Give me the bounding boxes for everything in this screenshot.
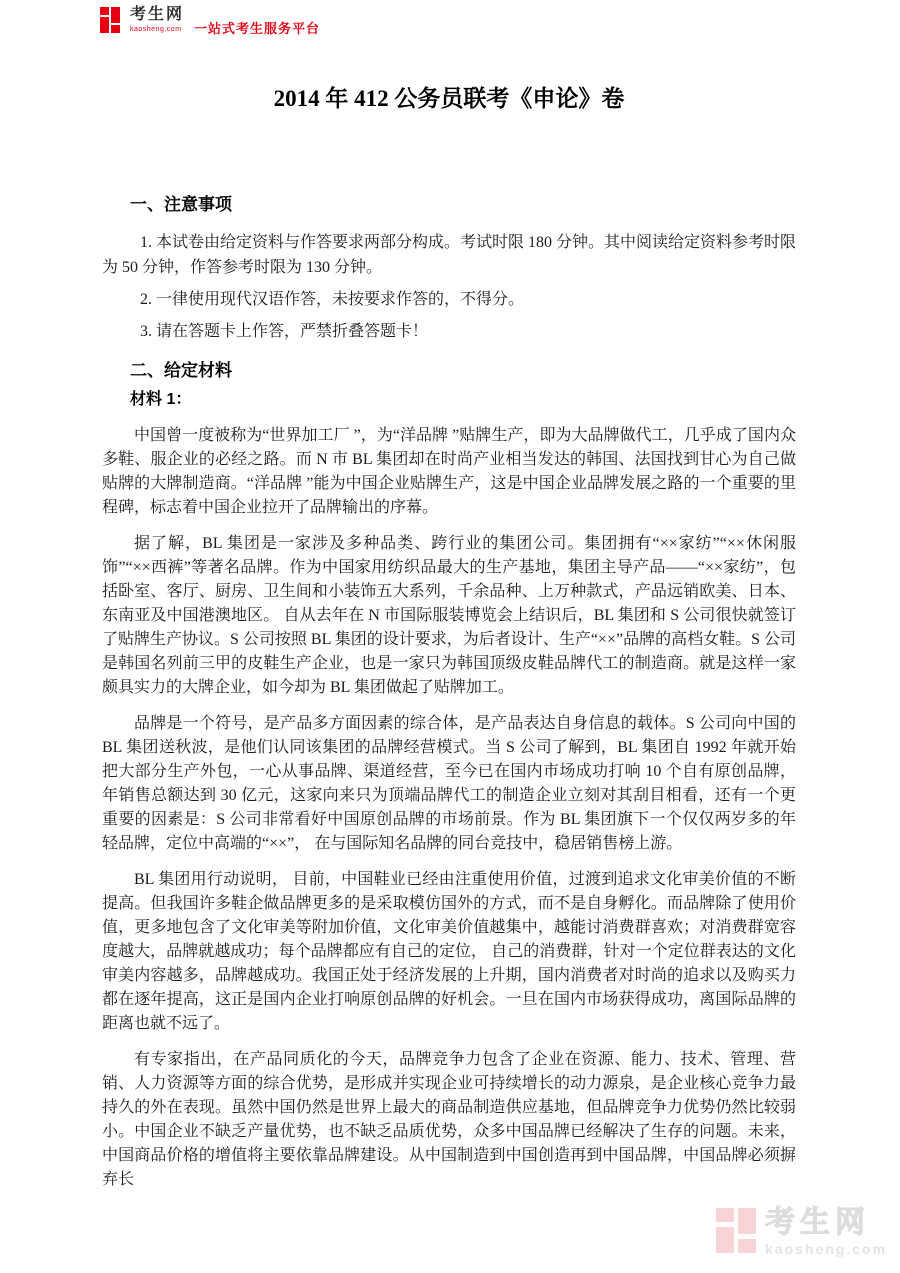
watermark-block bbox=[738, 1239, 756, 1253]
notice-item-1: 1. 本试卷由给定资料与作答要求两部分构成。考试时限 180 分钟。其中阅读给定… bbox=[102, 230, 796, 280]
watermark-block bbox=[716, 1208, 734, 1222]
notice-item-3: 3. 请在答题卡上作答，严禁折叠答题卡！ bbox=[102, 319, 796, 344]
material-1-label: 材料 1： bbox=[102, 388, 796, 412]
watermark-brand-name: 考生网 bbox=[765, 1208, 887, 1238]
notice-item-2: 2. 一律使用现代汉语作答，未按要求作答的，不得分。 bbox=[102, 287, 796, 312]
kaosheng-h-watermark-icon bbox=[716, 1208, 756, 1253]
material-paragraph-4: BL 集团用行动说明， 目前，中国鞋业已经由注重使用价值，过渡到追求文化审美价值… bbox=[102, 868, 796, 1036]
watermark-block bbox=[738, 1208, 756, 1234]
section-heading-notice: 一、注意事项 bbox=[102, 192, 796, 218]
document-title: 2014 年 412 公务员联考《申论》卷 bbox=[102, 84, 796, 114]
material-paragraph-2: 据了解，BL 集团是一家涉及多种品类、跨行业的集团公司。集团拥有“××家纺”“×… bbox=[102, 532, 796, 700]
material-paragraph-3: 品牌是一个符号，是产品多方面因素的综合体，是产品表达自身信息的载体。S 公司向中… bbox=[102, 712, 796, 856]
kaosheng-watermark: 考生网 kaosheng.com bbox=[716, 1208, 887, 1256]
section-heading-materials: 二、给定材料 bbox=[102, 358, 796, 384]
watermark-block bbox=[716, 1227, 734, 1253]
document-page: 考生网 kaosheng.com 一站式考生服务平台 2014 年 412 公务… bbox=[0, 0, 900, 1273]
watermark-text: 考生网 kaosheng.com bbox=[765, 1208, 887, 1256]
material-paragraph-5: 有专家指出，在产品同质化的今天，品牌竞争力包含了企业在资源、能力、技术、管理、营… bbox=[102, 1048, 796, 1192]
document-content: 2014 年 412 公务员联考《申论》卷 一、注意事项 1. 本试卷由给定资料… bbox=[102, 0, 796, 1192]
watermark-brand-domain: kaosheng.com bbox=[765, 1242, 887, 1256]
material-paragraph-1: 中国曾一度被称为“世界加工厂 ”，为“洋品牌 ”贴牌生产，即为大品牌做代工，几乎… bbox=[102, 424, 796, 520]
